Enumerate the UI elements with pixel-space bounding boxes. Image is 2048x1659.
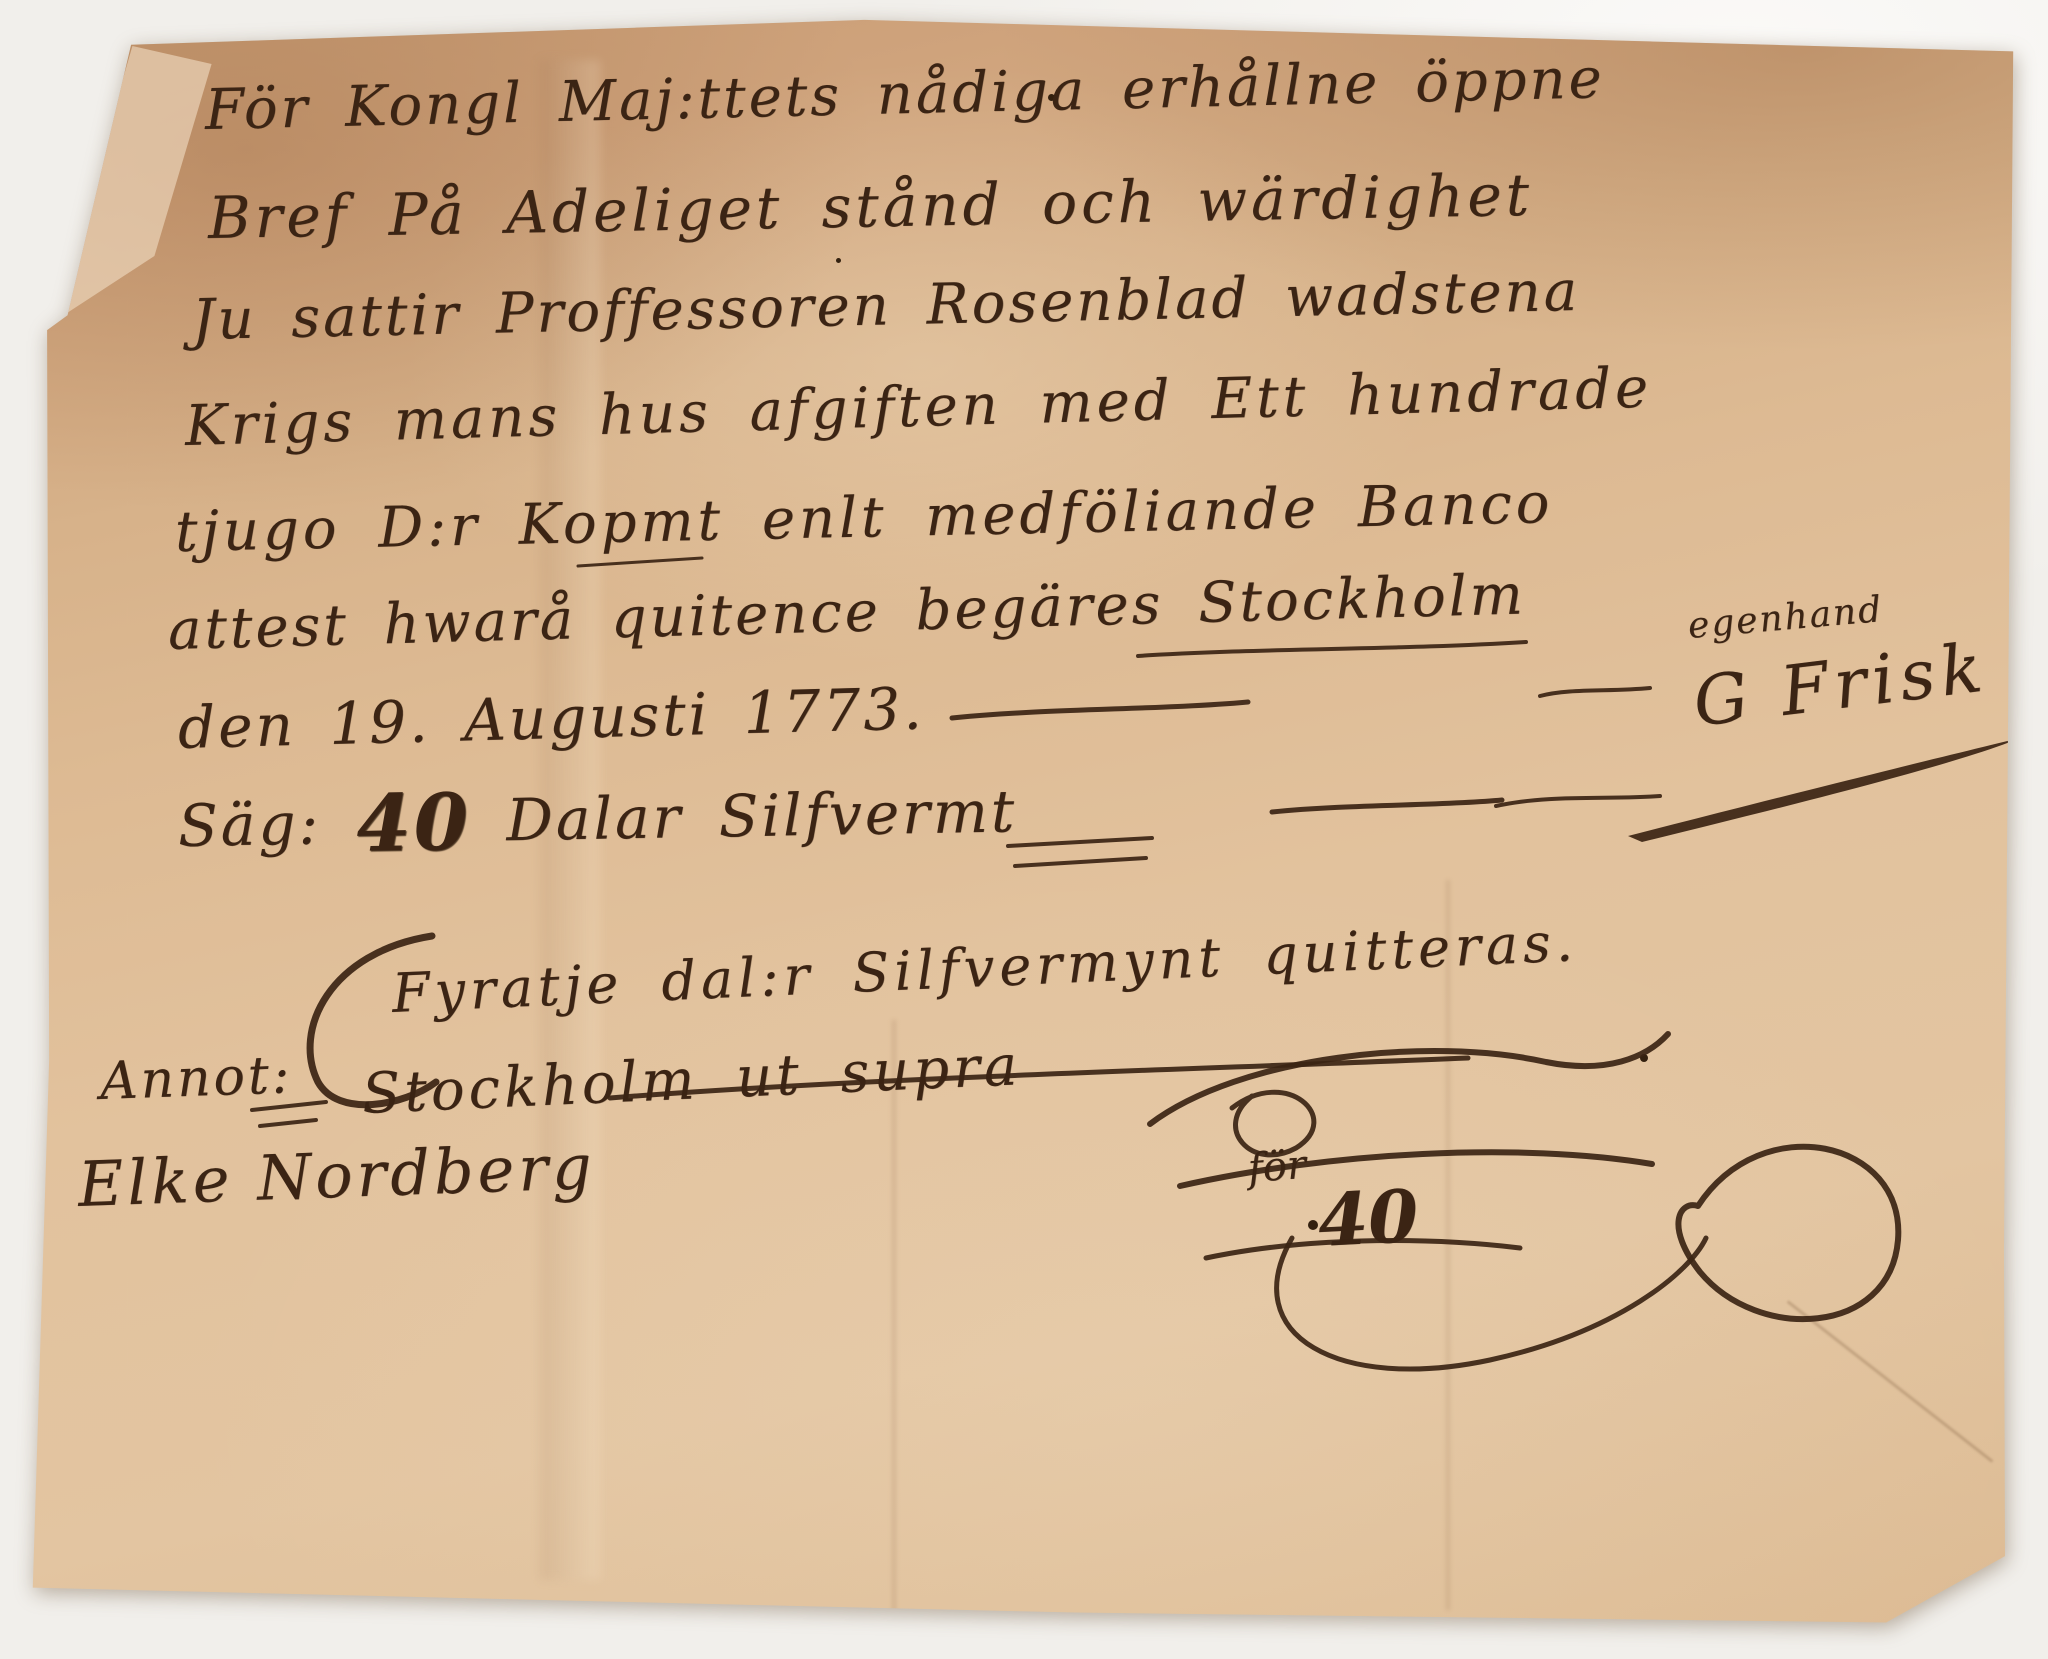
annot-underline-2 — [260, 1120, 316, 1126]
annotator-signature: Elke Nordberg — [77, 1130, 597, 1221]
dash-after-date — [952, 702, 1248, 718]
kopmt-underline — [578, 558, 702, 566]
body-line-2: Bref På Adeliget stånd och wärdighet — [207, 161, 1533, 252]
sum-line: Säg: 40 Dalar Silfvermt — [177, 767, 1018, 873]
signature-right: G Frisk — [1689, 628, 1992, 742]
ink-speck — [836, 258, 841, 263]
amount-numeral: 40 — [1316, 1173, 1421, 1263]
signature-loop-right — [1678, 1147, 1898, 1319]
body-line-3: Ju sattir Proffessoren Rosenblad wadsten… — [191, 259, 1580, 353]
ink-blot — [1640, 1054, 1648, 1062]
margin-dash-2 — [1496, 796, 1660, 806]
egenhand-note: egenhand — [1686, 589, 1885, 647]
diagonal-crease — [1787, 1300, 1994, 1462]
annotation-label: Annot: — [99, 1045, 293, 1112]
ink-blot — [1308, 1220, 1318, 1230]
aged-paper-sheet: För Kongl Maj:ttets nådiga erhållne öppn… — [0, 0, 2048, 1659]
body-line-6: attest hwarå quitence begäres Stockholm — [167, 562, 1526, 663]
sum-prefix: Säg: — [177, 790, 321, 860]
vertical-fold-line — [892, 1020, 896, 1620]
paper-sheet-wrapper: För Kongl Maj:ttets nådiga erhållne öppn… — [0, 0, 2048, 1659]
sum-underline-2 — [1015, 858, 1146, 866]
date-line: den 19. Augusti 1773. — [177, 674, 925, 762]
body-line-5: tjugo D:r Kopmt enlt medföliande Banco — [174, 471, 1554, 565]
line6-dash — [1138, 642, 1526, 656]
sum-dash — [1272, 800, 1502, 812]
sum-amount: 40 — [356, 777, 472, 870]
signature-underline-swoosh — [1628, 738, 2020, 842]
body-line-1: För Kongl Maj:ttets nådiga erhållne öppn… — [204, 46, 1605, 143]
margin-dash-1 — [1540, 688, 1650, 696]
sum-underline-1 — [1008, 838, 1152, 846]
receipt-line-1: Fyratje dal:r Silfvermynt quitteras. — [391, 910, 1579, 1025]
sum-unit: Dalar Silfvermt — [506, 777, 1018, 854]
vertical-fold-line — [1446, 880, 1450, 1610]
signature-scrawl-1 — [1150, 1034, 1668, 1124]
place-line: Stockholm ut supra — [361, 1033, 1023, 1127]
amount-prefix: för — [1246, 1142, 1307, 1192]
body-line-4: Krigs mans hus afgiften med Ett hundrade — [184, 356, 1653, 459]
scanned-document-page: För Kongl Maj:ttets nådiga erhållne öppn… — [0, 0, 2048, 1659]
